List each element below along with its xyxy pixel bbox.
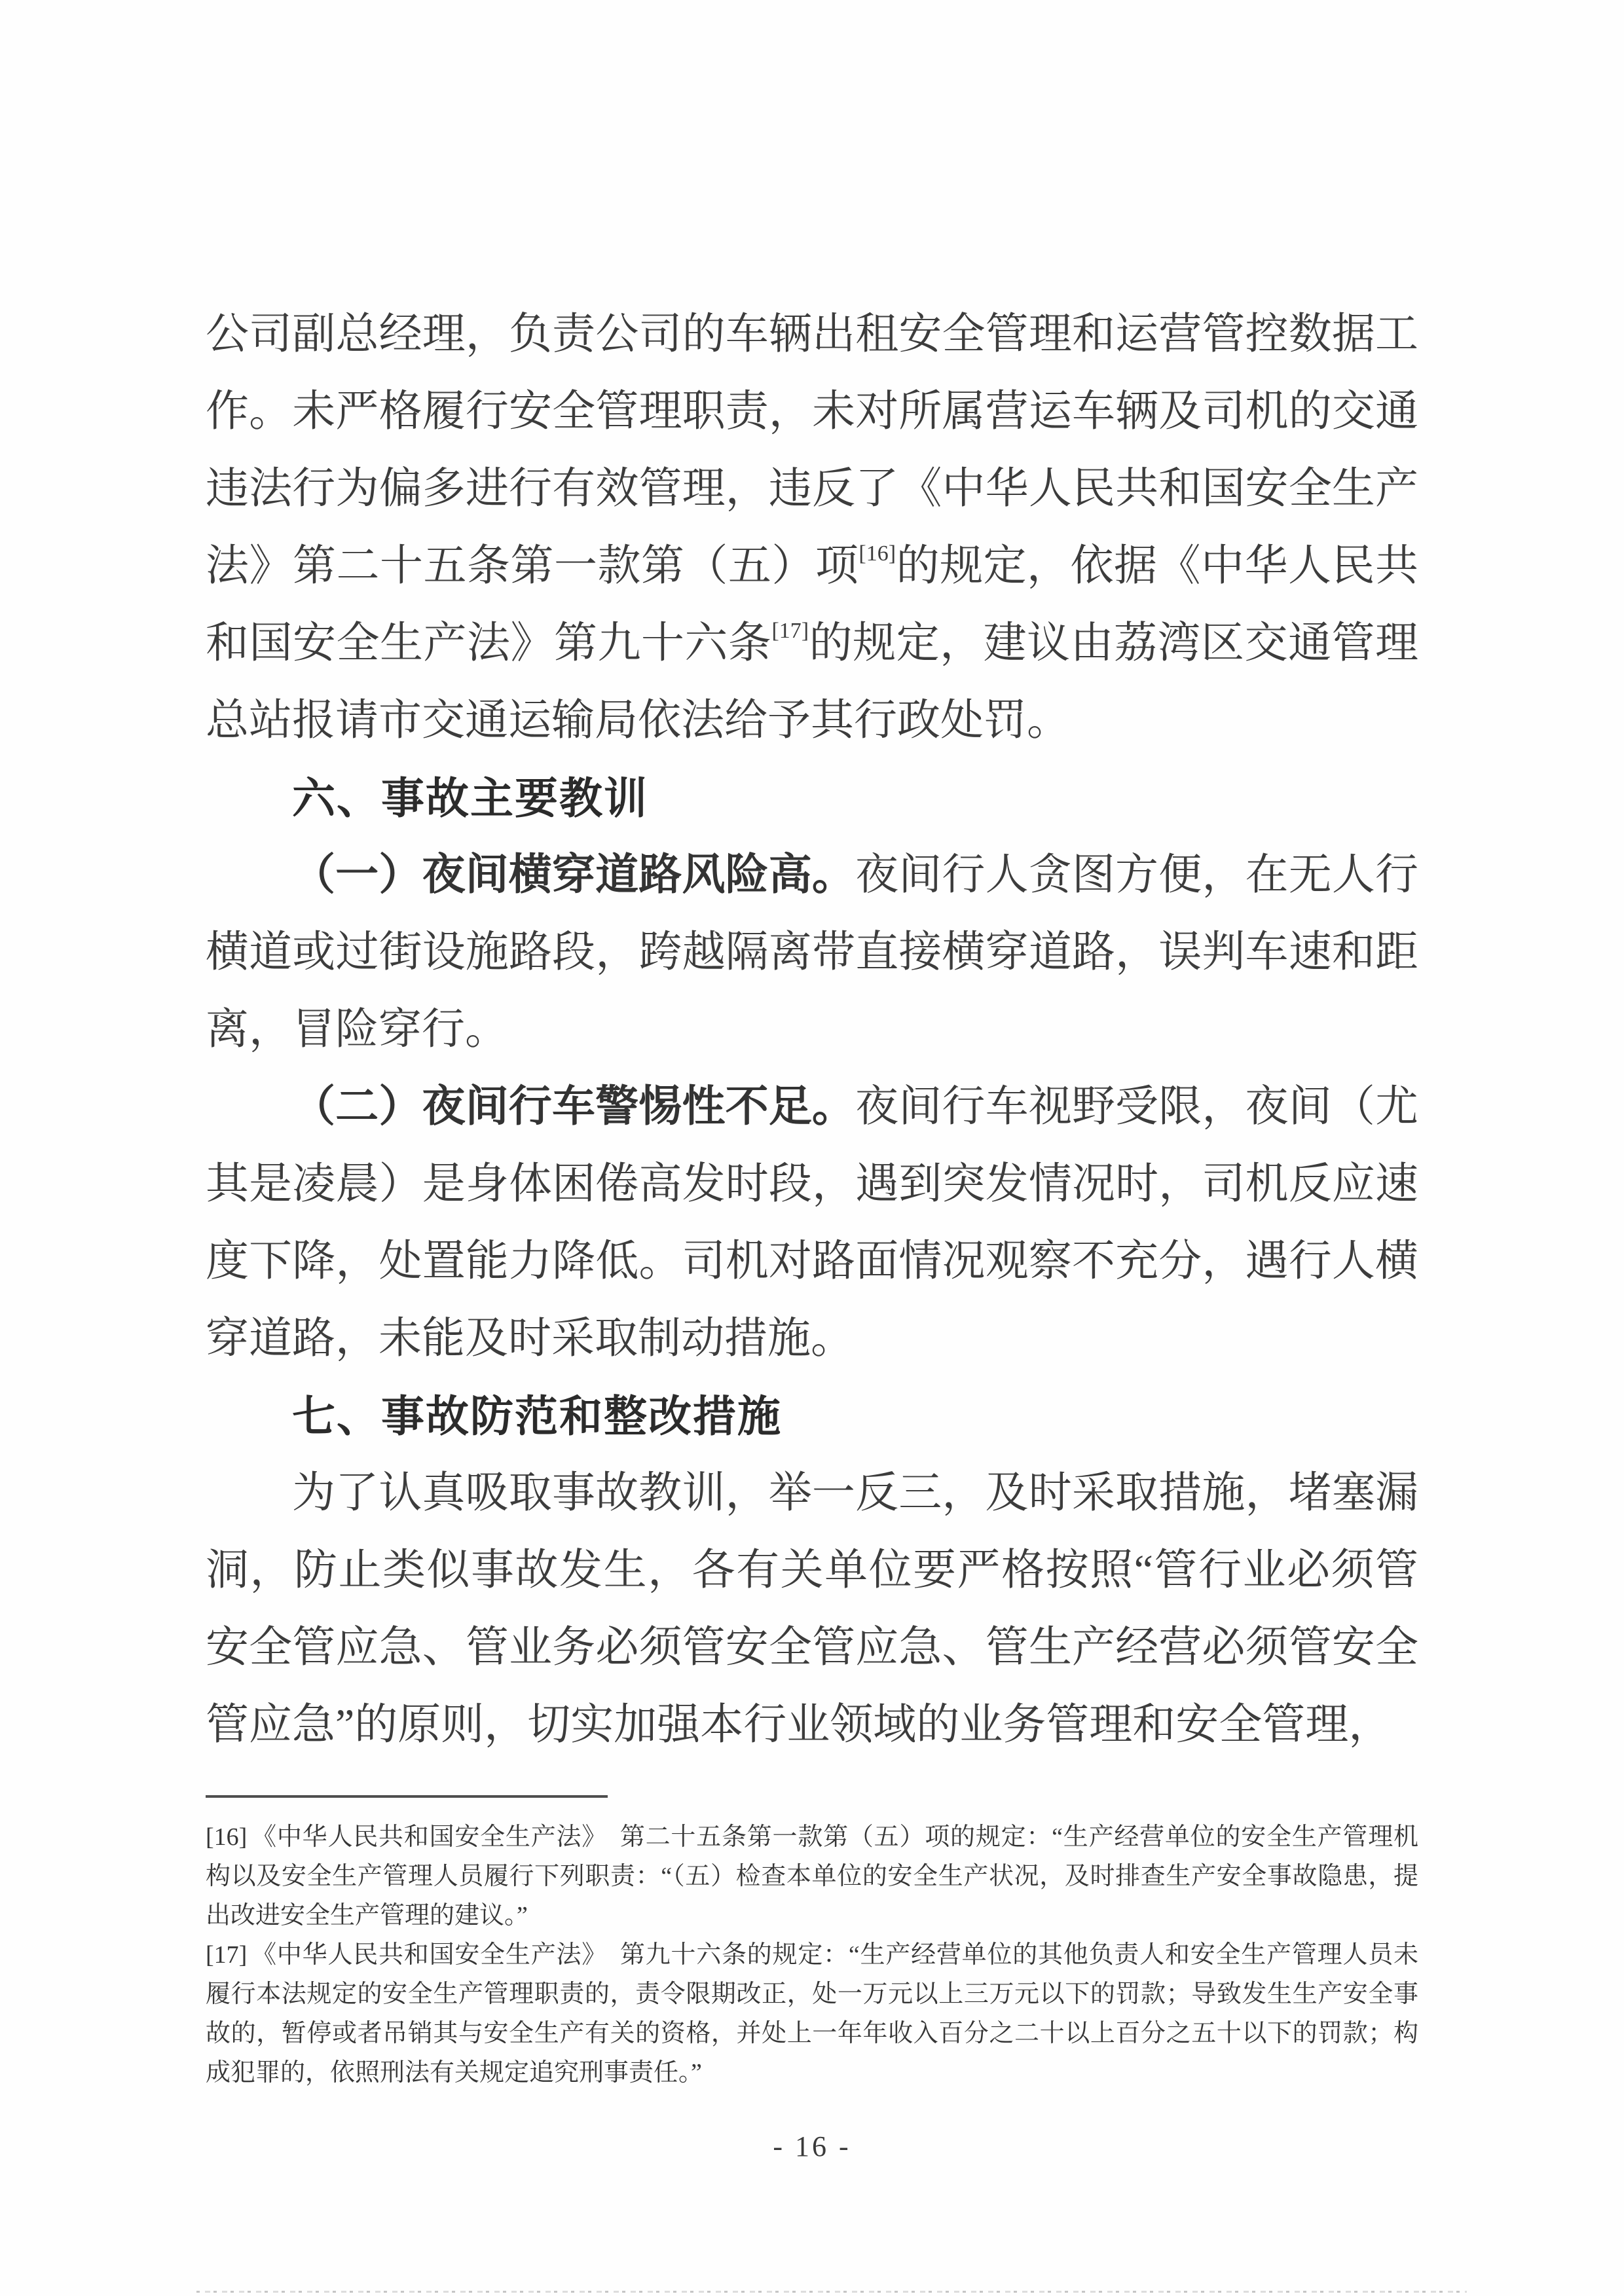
footnote-16: [16]《中华人民共和国安全生产法》 第二十五条第一款第（五）项的规定：“生产经… bbox=[206, 1817, 1418, 1935]
paragraph-admin-penalty: 公司副总经理，负责公司的车辆出租安全管理和运营管控数据工作。未严格履行安全管理职… bbox=[206, 296, 1418, 759]
footnote-17-text: 《中华人民共和国安全生产法》 第九十六条的规定：“生产经营单位的其他负责人和安全… bbox=[206, 1941, 1418, 2086]
footnote-17: [17]《中华人民共和国安全生产法》 第九十六条的规定：“生产经营单位的其他负责… bbox=[206, 1935, 1418, 2092]
footnote-separator bbox=[206, 1795, 608, 1798]
footnote-ref-17: [17] bbox=[771, 619, 809, 643]
paragraph-lesson-2: （二）夜间行车警惕性不足。夜间行车视野受限，夜间（尤其是凌晨）是身体困倦高发时段… bbox=[206, 1068, 1418, 1377]
footnote-16-text: 《中华人民共和国安全生产法》 第二十五条第一款第（五）项的规定：“生产经营单位的… bbox=[206, 1823, 1418, 1929]
lesson-1-lead: （一）夜间横穿道路风险高。 bbox=[292, 851, 855, 899]
paragraph-prevention-measures: 为了认真吸取事故教训，举一反三，及时采取措施，堵塞漏洞，防止类似事故发生，各有关… bbox=[206, 1455, 1418, 1764]
lesson-2-lead: （二）夜间行车警惕性不足。 bbox=[292, 1083, 855, 1131]
footnote-16-marker: [16] bbox=[206, 1823, 251, 1851]
section-heading-six: 六、事故主要教训 bbox=[206, 759, 1418, 837]
footnotes: [16]《中华人民共和国安全生产法》 第二十五条第一款第（五）项的规定：“生产经… bbox=[206, 1817, 1418, 2092]
section-heading-seven: 七、事故防范和整改措施 bbox=[206, 1377, 1418, 1455]
footnote-ref-16: [16] bbox=[858, 541, 896, 566]
footnote-17-marker: [17] bbox=[206, 1941, 251, 1969]
document-page: 公司副总经理，负责公司的车辆出租安全管理和运营管控数据工作。未严格履行安全管理职… bbox=[0, 0, 1624, 2296]
page-number: - 16 - bbox=[0, 2129, 1624, 2164]
paragraph-lesson-1: （一）夜间横穿道路风险高。夜间行人贪图方便，在无人行横道或过街设施路段，跨越隔离… bbox=[206, 837, 1418, 1068]
scan-artifact bbox=[196, 2291, 1467, 2293]
document-body: 公司副总经理，负责公司的车辆出租安全管理和运营管控数据工作。未严格履行安全管理职… bbox=[206, 296, 1418, 1764]
